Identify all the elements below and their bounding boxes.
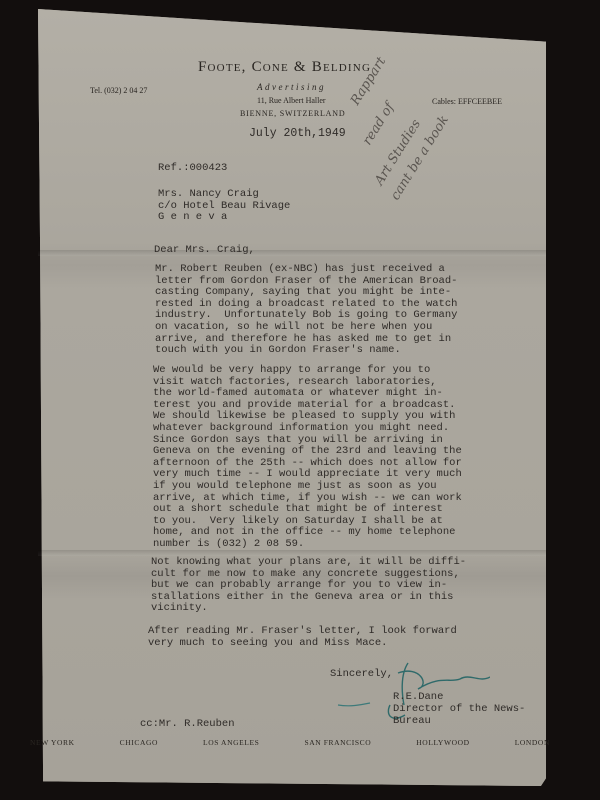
office-city: LONDON [515,738,550,747]
body-paragraph: Not knowing what your plans are, it will… [151,557,466,615]
body-paragraph: Mr. Robert Reuben (ex-NBC) has just rece… [155,264,457,357]
salutation: Dear Mrs. Craig, [154,244,255,256]
office-city: NEW YORK [30,738,75,747]
office-city: HOLLYWOOD [416,738,469,747]
office-city: SAN FRANCISCO [304,738,371,747]
address-line-1: 11, Rue Albert Haller [257,96,326,105]
footer-offices: NEW YORK CHICAGO LOS ANGELES SAN FRANCIS… [30,738,550,747]
firm-subtitle: Advertising [257,82,326,92]
office-city: CHICAGO [120,738,158,747]
address-line-2: BIENNE, SWITZERLAND [240,109,345,118]
body-paragraph: After reading Mr. Fraser's letter, I loo… [148,626,457,649]
body-paragraph: We would be very happy to arrange for yo… [153,365,462,551]
cables-address: Cables: EFFCEEBEE [432,97,502,106]
signer-block: R.E.Dane Director of the News- Bureau [393,691,525,727]
paper-fold [38,250,546,256]
office-city: LOS ANGELES [203,738,259,747]
reference-number: Ref.:000423 [158,162,227,174]
carbon-copy: cc:Mr. R.Reuben [140,718,235,730]
recipient-address: Mrs. Nancy Craig c/o Hotel Beau Rivage G… [158,189,290,224]
telephone: Tel. (032) 2 04 27 [90,86,147,95]
firm-name: Foote, Cone & Belding [198,59,371,76]
letter-date: July 20th,1949 [249,127,346,140]
